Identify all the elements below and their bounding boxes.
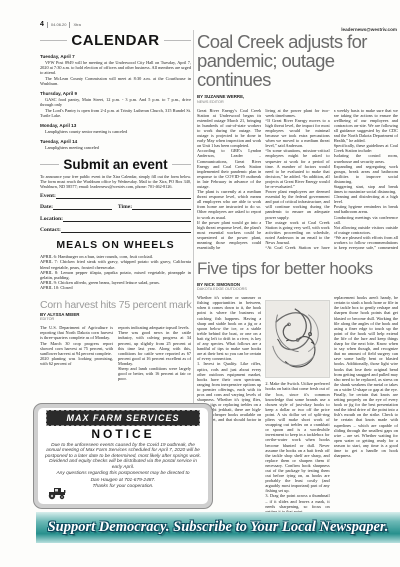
- hooks-author: BY NICK SIMONSON: [197, 282, 240, 287]
- notice-questions: Any questions regarding this postponemen…: [44, 471, 202, 477]
- page-number: 4: [40, 21, 44, 28]
- calendar-item: Lamplighters meeting canceled: [40, 145, 191, 150]
- meals-title: MEALS ON WHEELS: [40, 239, 191, 251]
- meals-item: APRIL 7: Chicken fried steak with gravy,…: [40, 259, 191, 269]
- calendar-day: Monday, April 13: [40, 123, 191, 128]
- corn-byline: BY ALYSSA MEIER EDITOR: [40, 313, 191, 323]
- event-form: Event: Date: Time: Location: Contact:: [40, 193, 191, 234]
- calendar-item: Lamplighters county senior meeting is ca…: [40, 129, 191, 134]
- corn-column-1: The U.S. Department of Agriculture is re…: [40, 325, 113, 385]
- calendar-entry: Monday, April 13 Lamplighters county sen…: [40, 123, 191, 134]
- calendar-entry: Tuesday, April 7 VFW Post 8949 will be m…: [40, 54, 191, 86]
- event-field-line: [56, 193, 191, 199]
- max-farm-services-ad: MAX FARM SERVICES NOTICE Due to the unfo…: [33, 403, 213, 509]
- form-row: Date: Time:: [40, 204, 191, 210]
- time-field-line: [132, 204, 191, 210]
- meals-item: APRIL 10: Closed: [40, 285, 191, 290]
- page-date: 04.06.20: [51, 22, 67, 27]
- contact-field-label: Contact:: [40, 227, 61, 233]
- meals-list: APRIL 6: Hamburger on a bun, tater round…: [40, 254, 191, 290]
- form-row: Contact:: [40, 227, 191, 233]
- separator: [47, 22, 48, 28]
- form-row: Location:: [40, 216, 191, 222]
- coal-author: BY SUZANNE WERRE,: [197, 94, 244, 99]
- calendar-header: CALENDAR: [40, 32, 191, 49]
- calendar-entry: Thursday, April 9 GASC food pantry, Main…: [40, 91, 191, 118]
- calendar-item: VFW Post 8949 will be meeting at the Und…: [40, 60, 191, 75]
- rule-line: [164, 40, 191, 41]
- corn-author-title: EDITOR: [40, 317, 54, 321]
- submit-event-instructions: To announce your free public event in th…: [40, 175, 191, 190]
- rule-line: [40, 164, 59, 165]
- subscribe-banner: Support Democracy. Subscribe to Your Loc…: [36, 512, 400, 543]
- coal-author-title: NEWS EDITOR: [197, 100, 224, 104]
- publication-name: Xtra: [73, 22, 80, 27]
- left-column: CALENDAR Tuesday, April 7 VFW Post 8949 …: [40, 30, 191, 385]
- corn-author: BY ALYSSA MEIER: [40, 312, 79, 317]
- calendar-day: Thursday, April 9: [40, 91, 191, 96]
- hooks-column-2: 2. Make the Switch. Utilize preferred ho…: [265, 295, 329, 533]
- date-field-label: Date:: [40, 204, 53, 210]
- coal-byline: BY SUZANNE WERRE, NEWS EDITOR: [197, 95, 398, 105]
- hooks-column-2-text: 2. Make the Switch. Utilize preferred ho…: [265, 381, 329, 533]
- form-row: Event:: [40, 193, 191, 199]
- time-field-label: Time:: [118, 204, 132, 210]
- corn-article-headline: Corn harvest hits 75 percent mark: [40, 299, 191, 311]
- coal-article-body: Great River Energy's Coal Creek Station …: [197, 108, 398, 251]
- calendar-day: Tuesday, April 7: [40, 54, 191, 59]
- hooks-article-body: Whether it's winter or summer or fishing…: [197, 295, 398, 533]
- submit-event-title: Submit an event: [63, 157, 167, 172]
- corn-column-2: reports indicating adequate topsoil leve…: [118, 325, 191, 385]
- calendar-day: Tuesday, April 14: [40, 139, 191, 144]
- hooks-column-3: replacement hooks aren't handy, be certa…: [334, 295, 398, 533]
- coal-column-2: living at the power plant for two-week t…: [265, 108, 329, 251]
- meals-item: APRIL 8: Lemon pepper tilapia, paprika p…: [40, 270, 191, 280]
- calendar-entries: Tuesday, April 7 VFW Post 8949 will be m…: [40, 54, 191, 150]
- event-field-label: Event:: [40, 193, 56, 199]
- corn-article-body: The U.S. Department of Agriculture is re…: [40, 325, 191, 385]
- calendar-item: The McLean County Commission will meet a…: [40, 76, 191, 86]
- hooks-author-title: DAKOTA EDGE OUTDOORS: [197, 287, 247, 291]
- max-farm-services-banner: MAX FARM SERVICES: [46, 410, 200, 426]
- location-field-label: Location:: [40, 216, 63, 222]
- calendar-title: CALENDAR: [71, 32, 159, 49]
- notice-inner: MAX FARM SERVICES NOTICE Due to the unfo…: [38, 408, 208, 504]
- coal-column-3: a weekly basis to make sure that we are …: [334, 108, 398, 251]
- calendar-entry: Tuesday, April 14 Lamplighters meeting c…: [40, 139, 191, 150]
- page-header: 4 04.06.20 Xtra: [40, 21, 81, 28]
- coal-column-1: Great River Energy's Coal Creek Station …: [197, 108, 261, 251]
- coal-article-headline: Coal Creek adjusts for pandemic; outage …: [197, 32, 398, 89]
- notice-title: NOTICE: [44, 427, 202, 441]
- right-column: Coal Creek adjusts for pandemic; outage …: [197, 26, 398, 533]
- contact-field-line: [61, 227, 191, 233]
- fishing-hooks-photo: [265, 300, 329, 378]
- date-field-line: [53, 204, 112, 210]
- subscribe-banner-text: Support Democracy. Subscribe to Your Loc…: [48, 519, 389, 536]
- location-field-line: [63, 216, 191, 222]
- rule-line: [172, 164, 191, 165]
- calendar-item: GASC food pantry, Main Street, 12 p.m. -…: [40, 97, 191, 107]
- rule-line: [40, 40, 67, 41]
- tractor-icon: [46, 486, 70, 500]
- submit-event-header: Submit an event: [40, 157, 191, 172]
- notice-body: Due to the unforeseen events caused by t…: [44, 443, 202, 471]
- calendar-item: The Lord's Pantry is open from 2-4 p.m. …: [40, 108, 191, 118]
- hooks-byline: BY NICK SIMONSON DAKOTA EDGE OUTDOORS: [197, 283, 398, 293]
- hooks-article-headline: Five tips for better hooks: [197, 259, 398, 279]
- newspaper-page: 4 04.06.20 Xtra leadernews@westriv.com C…: [0, 0, 400, 567]
- separator: [69, 22, 70, 28]
